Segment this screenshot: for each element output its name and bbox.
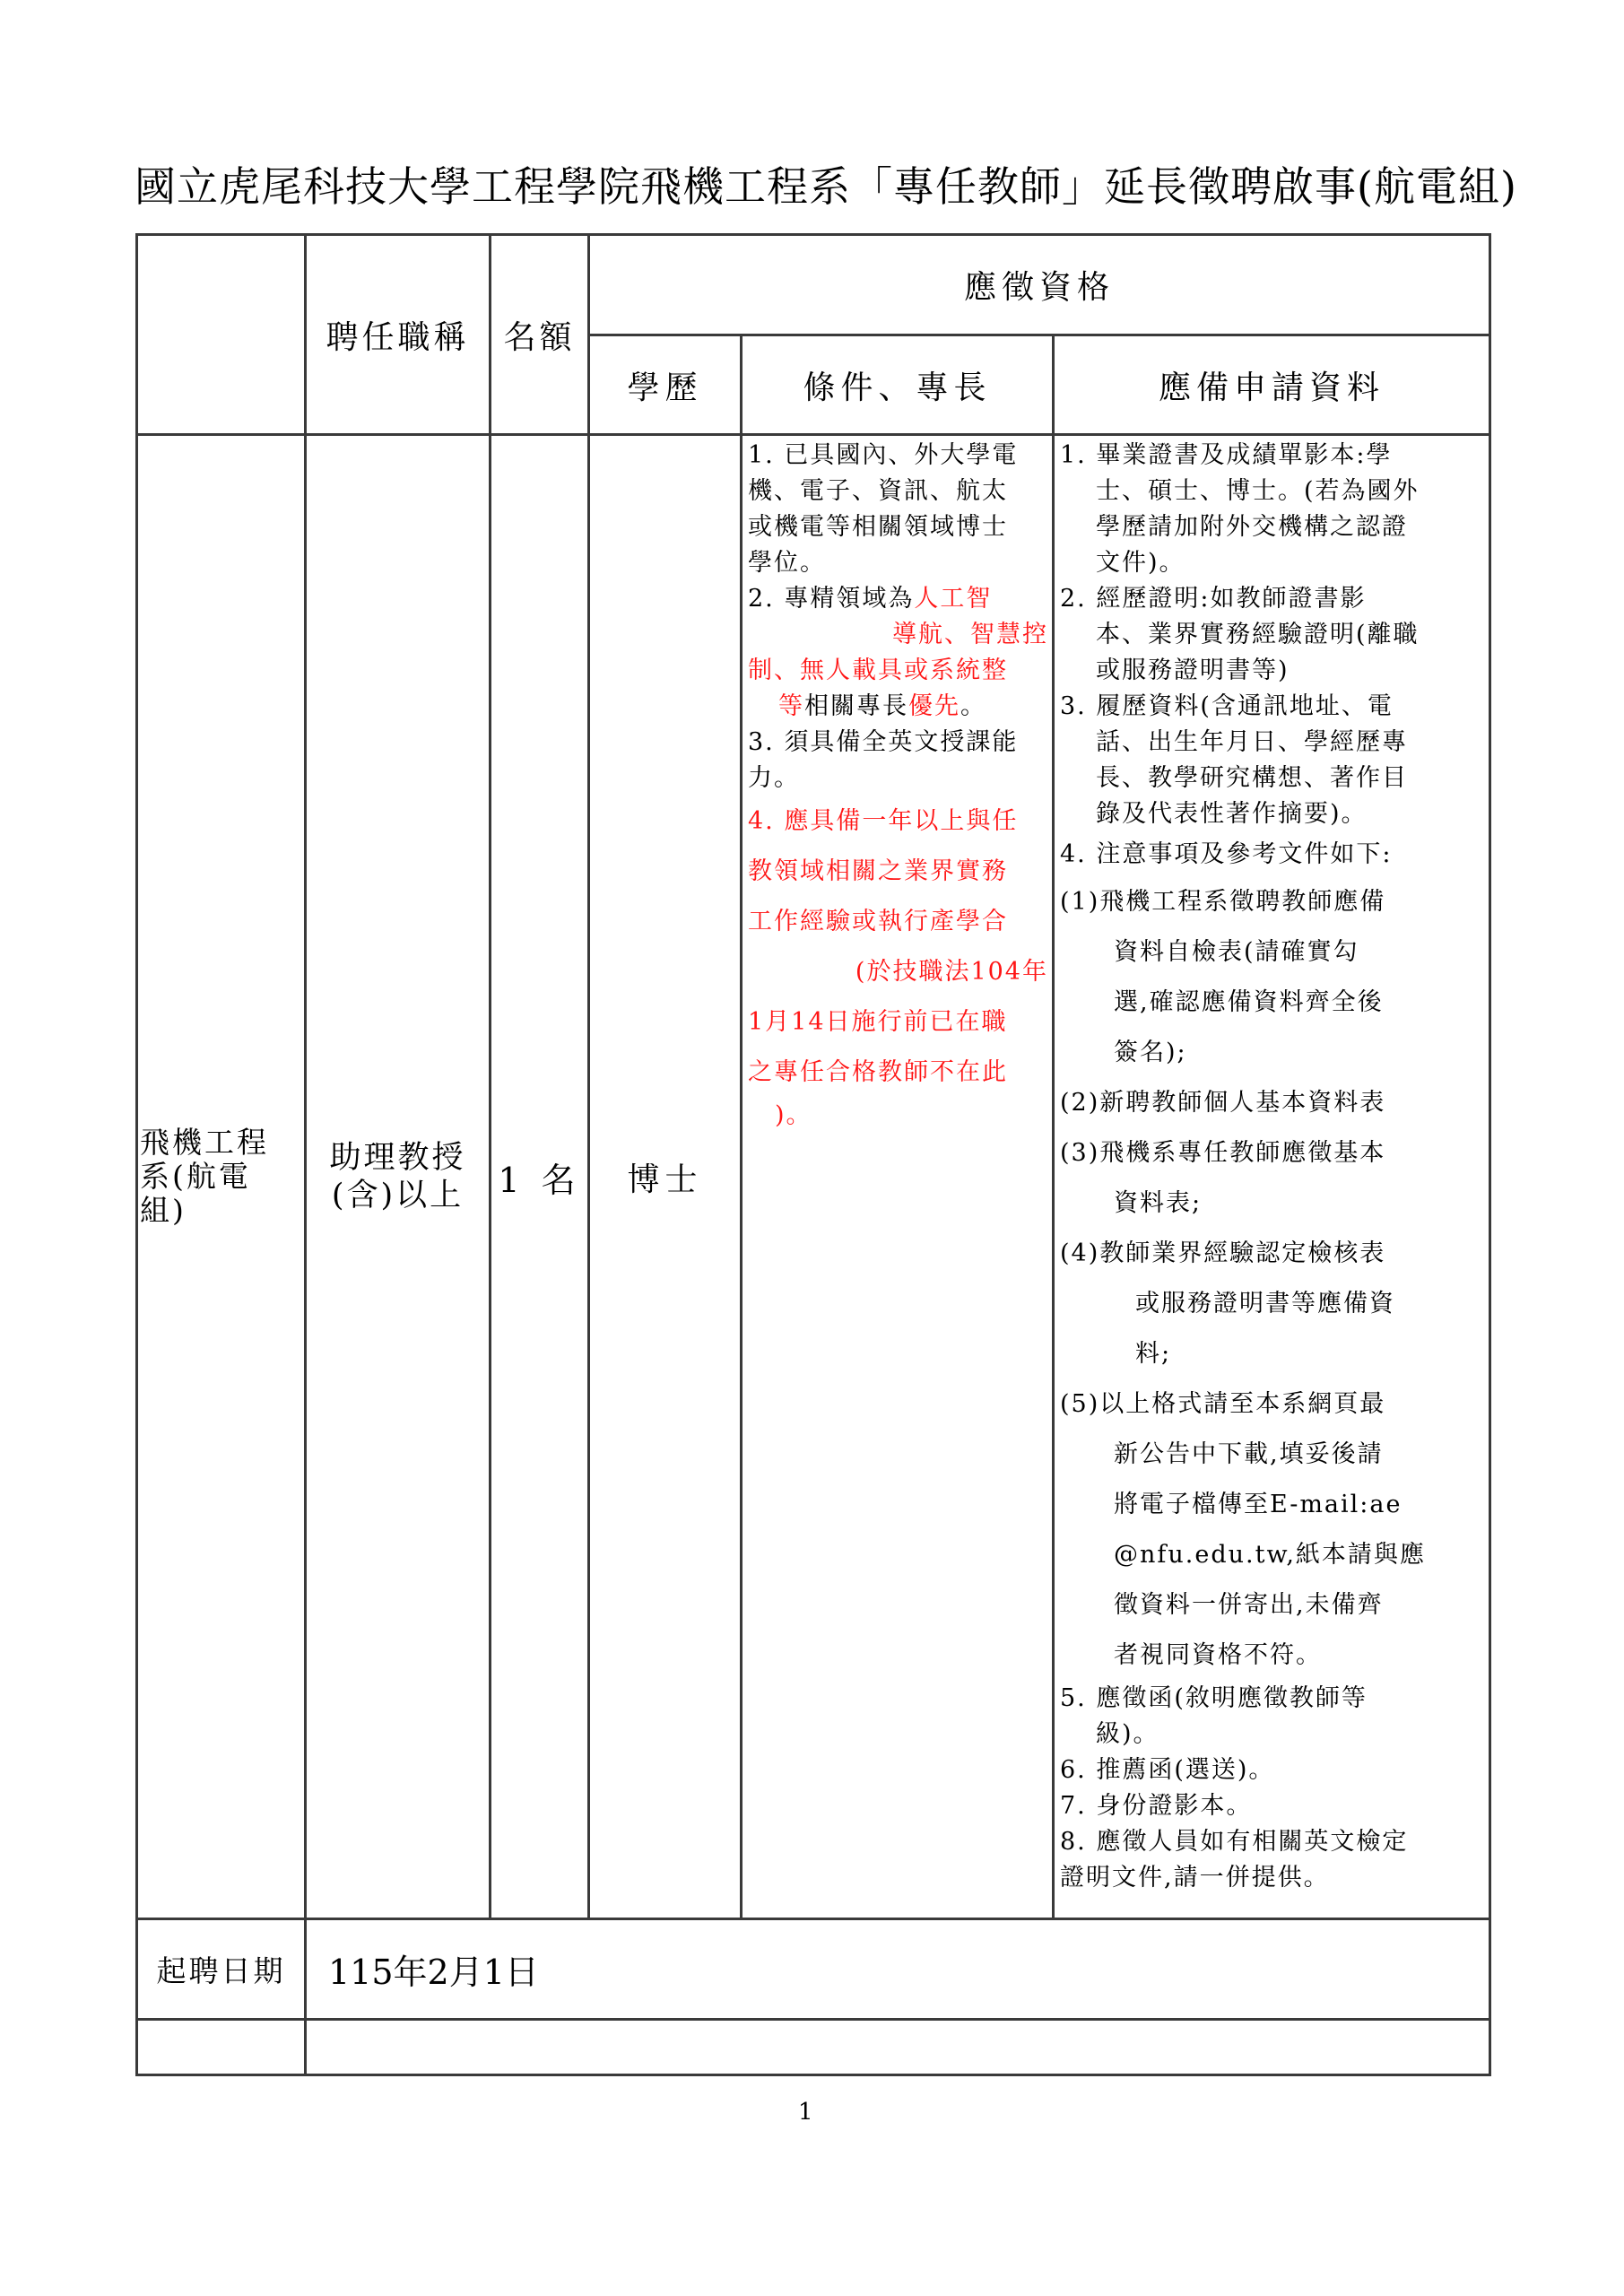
- doc2-line2: 本、業界實務經驗證明(離職: [1060, 617, 1485, 653]
- doc4-sub2: (2)新聘教師個人基本資料表: [1060, 1078, 1485, 1128]
- doc1-line2: 士、碩士、博士。(若為國外: [1060, 474, 1485, 509]
- header-conditions: 條件、專長: [743, 336, 1052, 433]
- cond1-line1: 1. 已具國內、外大學電: [748, 438, 1048, 474]
- cond4-line4: (於技職法104年: [748, 947, 1048, 997]
- header-quota-text: 名額: [503, 312, 575, 358]
- doc4-sub5-line1: (5)以上格式請至本系網頁最: [1060, 1379, 1485, 1430]
- doc8-line1: 8. 應徵人員如有相關英文檢定: [1060, 1824, 1485, 1860]
- header-qualifications-text: 應徵資格: [964, 262, 1115, 308]
- doc4-sub4-line2: 或服務證明書等應備資: [1060, 1279, 1485, 1329]
- page-number: 1: [798, 2099, 813, 2126]
- cond2-line3: 制、無人載具或系統整: [748, 653, 1048, 689]
- doc2-line1: 2. 經歷證明:如教師證書影: [1060, 581, 1485, 617]
- doc4-sub5-line4: @nfu.edu.tw,紙本請與應: [1060, 1530, 1485, 1580]
- cond4-line3: 工作經驗或執行產學合: [748, 897, 1048, 947]
- header-required-documents-text: 應備申請資料: [1159, 362, 1385, 408]
- doc5-line2: 級)。: [1060, 1717, 1485, 1752]
- cond4-line2: 教領域相關之業界實務: [748, 847, 1048, 897]
- doc1-line3: 學歷請加附外交機構之認證: [1060, 509, 1485, 545]
- header-education: 學歷: [590, 336, 740, 433]
- doc4-sub1-line4: 簽名);: [1060, 1028, 1485, 1078]
- documents-cell: 1. 畢業證書及成績單影本:學 士、碩士、博士。(若為國外 學歷請加附外交機構之…: [1055, 436, 1489, 1918]
- cond2-red-e: 優先: [908, 692, 960, 720]
- doc4-sub5-line5: 徵資料一併寄出,未備齊: [1060, 1580, 1485, 1631]
- border-right: [1489, 233, 1491, 2076]
- position-line-2: (含)以上: [332, 1177, 464, 1214]
- doc6-line: 6. 推薦函(選送)。: [1060, 1752, 1485, 1788]
- doc7-line: 7. 身份證影本。: [1060, 1788, 1485, 1824]
- header-required-documents: 應備申請資料: [1055, 336, 1489, 433]
- cond1-line3: 或機電等相關領域博士: [748, 509, 1048, 545]
- cond1-line2: 機、電子、資訊、航太: [748, 474, 1048, 509]
- doc4-sub1-line3: 選,確認應備資料齊全後: [1060, 978, 1485, 1028]
- doc4-line: 4. 注意事項及參考文件如下:: [1060, 832, 1485, 877]
- cond2-line1: 2. 專精領域為人工智: [748, 581, 1048, 617]
- doc3-line3: 長、教學研究構想、著作目: [1060, 761, 1485, 796]
- department-cell: 飛機工程 系(航電 組): [140, 436, 304, 1918]
- doc4-sub5-line2: 新公告中下載,填妥後請: [1060, 1430, 1485, 1480]
- education-cell: 博士: [590, 436, 740, 1918]
- quota-value: 1 名: [498, 1152, 580, 1202]
- cond2-black: 相關專長: [804, 692, 908, 720]
- header-position-title: 聘任職稱: [307, 236, 489, 433]
- document-title: 國立虎尾科技大學工程學院飛機工程系「專任教師」延長徵聘啟事(航電組): [135, 160, 1569, 213]
- header-quota: 名額: [491, 236, 587, 433]
- doc5-line1: 5. 應徵函(敘明應徵教師等: [1060, 1681, 1485, 1717]
- cond2-end: 。: [960, 692, 986, 720]
- doc3-line1: 3. 履歷資料(含通訊地址、電: [1060, 689, 1485, 725]
- start-date-value-cell: 115年2月1日: [307, 1920, 1489, 2018]
- cond4-line5: 1月14日施行前已在職: [748, 997, 1048, 1048]
- department-line-3: 組): [140, 1194, 304, 1228]
- doc8-line2: 證明文件,請一併提供。: [1060, 1860, 1485, 1896]
- position-cell: 助理教授 (含)以上: [307, 436, 489, 1918]
- doc4-sub4-line3: 料;: [1060, 1329, 1485, 1379]
- start-date-label: 起聘日期: [157, 1948, 286, 1990]
- empty-row-value-cell: [307, 2021, 1489, 2074]
- cond4-line6: 之專任合格教師不在此: [748, 1048, 1048, 1098]
- cond2-line4: 等相關專長優先。: [748, 689, 1048, 725]
- cond4-line7: )。: [748, 1098, 1048, 1134]
- doc2-line3: 或服務證明書等): [1060, 653, 1485, 689]
- cond2-red-d: 等: [778, 692, 804, 720]
- doc4-sub3-line1: (3)飛機系專任教師應徵基本: [1060, 1128, 1485, 1178]
- quota-cell: 1 名: [491, 436, 587, 1918]
- doc4-sub4-line1: (4)教師業界經驗認定檢核表: [1060, 1229, 1485, 1279]
- cond3-line1: 3. 須具備全英文授課能: [748, 725, 1048, 761]
- doc4-sub1-line1: (1)飛機工程系徵聘教師應備: [1060, 877, 1485, 927]
- conditions-cell: 1. 已具國內、外大學電 機、電子、資訊、航太 或機電等相關領域博士 學位。 2…: [743, 436, 1052, 1918]
- header-conditions-text: 條件、專長: [803, 362, 991, 408]
- header-qualifications: 應徵資格: [590, 236, 1489, 334]
- department-line-2: 系(航電: [140, 1160, 304, 1194]
- recruitment-table: 聘任職稱 名額 應徵資格 學歷 條件、專長 應備申請資料 飛機工程 系(航電 組…: [135, 233, 1489, 2074]
- doc3-line4: 錄及代表性著作摘要)。: [1060, 796, 1485, 832]
- cond1-line4: 學位。: [748, 545, 1048, 581]
- doc4-sub1-line2: 資料自檢表(請確實勾: [1060, 927, 1485, 978]
- doc3-line2: 話、出生年月日、學經歷專: [1060, 725, 1485, 761]
- position-line-1: 助理教授: [329, 1139, 465, 1177]
- department-line-1: 飛機工程: [140, 1126, 304, 1160]
- border-left: [135, 233, 138, 2076]
- start-date-label-cell: 起聘日期: [138, 1920, 304, 2018]
- education-value: 博士: [627, 1154, 702, 1200]
- doc4-sub3-line2: 資料表;: [1060, 1178, 1485, 1229]
- cond2-line2: 導航、智慧控: [748, 617, 1048, 653]
- cond4-line1: 4. 應具備一年以上與任: [748, 796, 1048, 847]
- doc1-line1: 1. 畢業證書及成績單影本:學: [1060, 438, 1485, 474]
- doc1-line4: 文件)。: [1060, 545, 1485, 581]
- cond3-line2: 力。: [748, 761, 1048, 796]
- border-bottom: [135, 2074, 1491, 2076]
- empty-row-label-cell: [138, 2021, 304, 2074]
- cond2-red-a: 人工智: [914, 585, 992, 613]
- doc4-sub5-line3: 將電子檔傳至E-mail:ae: [1060, 1480, 1485, 1530]
- start-date-value: 115年2月1日: [328, 1944, 539, 1994]
- header-position-title-text: 聘任職稱: [326, 312, 469, 358]
- doc4-sub5-line6: 者視同資格不符。: [1060, 1631, 1485, 1681]
- cond2-prefix: 2. 專精領域為: [748, 585, 914, 613]
- header-education-text: 學歷: [627, 362, 702, 408]
